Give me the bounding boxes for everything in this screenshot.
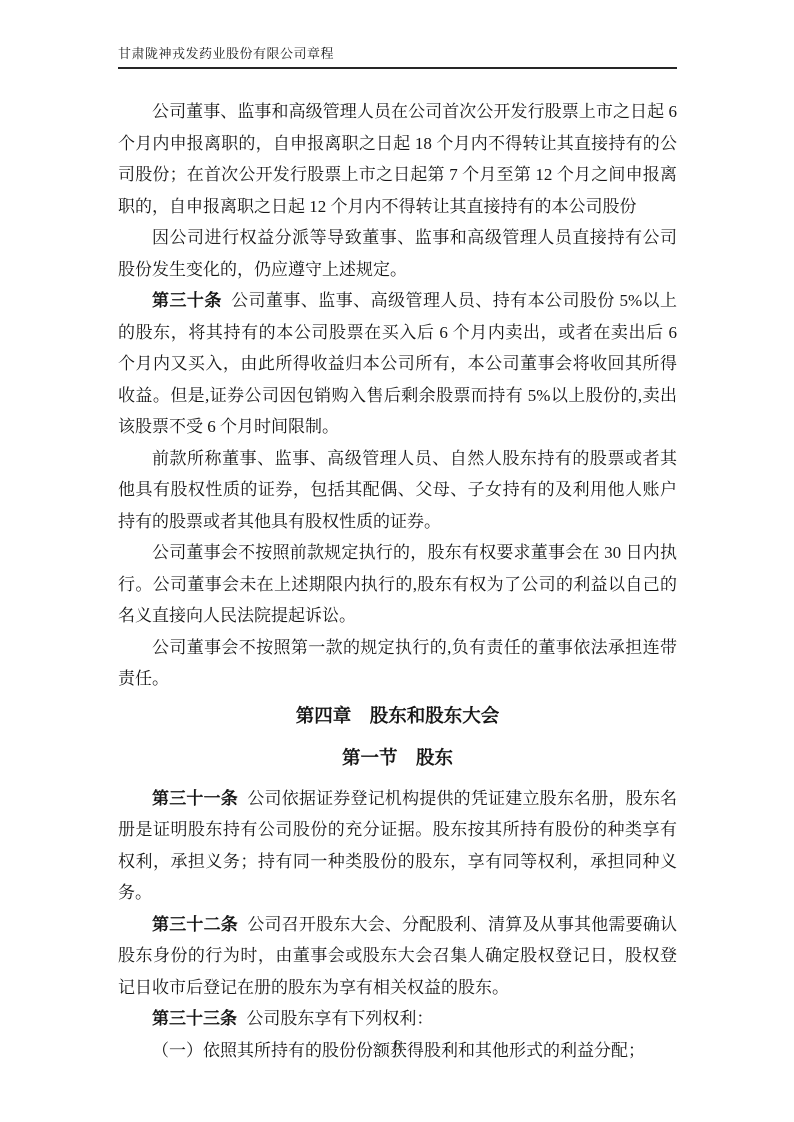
document-page: 甘肃陇神戎发药业股份有限公司章程 公司董事、监事和高级管理人员在公司首次公开发行…: [0, 0, 794, 1122]
article-30-text: 公司董事、监事、高级管理人员、持有本公司股份 5%以上的股东，将其持有的本公司股…: [118, 291, 677, 436]
article-30-paragraph: 第三十条公司董事、监事、高级管理人员、持有本公司股份 5%以上的股东，将其持有的…: [118, 285, 677, 443]
paragraph-joint-liability: 公司董事会不按照第一款的规定执行的,负有责任的董事依法承担连带责任。: [118, 632, 677, 695]
article-32-paragraph: 第三十二条公司召开股东大会、分配股利、清算及从事其他需要确认股东身份的行为时，由…: [118, 909, 677, 1004]
article-31-paragraph: 第三十一条公司依据证券登记机构提供的凭证建立股东名册，股东名册是证明股东持有公司…: [118, 783, 677, 909]
article-33-number: 第三十三条: [152, 1009, 237, 1028]
article-30-number: 第三十条: [152, 291, 222, 310]
page-header: 甘肃陇神戎发药业股份有限公司章程: [118, 0, 677, 69]
page-number: 6: [394, 1038, 401, 1053]
document-body: 公司董事、监事和高级管理人员在公司首次公开发行股票上市之日起 6 个月内申报离职…: [118, 69, 677, 1066]
chapter-4-heading: 第四章 股东和股东大会: [118, 701, 677, 733]
article-31-number: 第三十一条: [152, 789, 238, 808]
paragraph-board-enforcement: 公司董事会不按照前款规定执行的，股东有权要求董事会在 30 日内执行。公司董事会…: [118, 537, 677, 632]
paragraph-securities-scope: 前款所称董事、监事、高级管理人员、自然人股东持有的股票或者其他具有股权性质的证券…: [118, 443, 677, 538]
article-33-text: 公司股东享有下列权利：: [246, 1009, 433, 1028]
article-32-number: 第三十二条: [152, 915, 238, 934]
article-33-paragraph: 第三十三条公司股东享有下列权利：: [118, 1003, 677, 1035]
document-title: 甘肃陇神戎发药业股份有限公司章程: [118, 45, 677, 63]
paragraph-lockup-rule: 公司董事、监事和高级管理人员在公司首次公开发行股票上市之日起 6 个月内申报离职…: [118, 96, 677, 222]
page-footer: 6: [0, 1036, 794, 1056]
section-1-heading: 第一节 股东: [118, 743, 677, 775]
paragraph-equity-distribution: 因公司进行权益分派等导致董事、监事和高级管理人员直接持有公司股份发生变化的，仍应…: [118, 222, 677, 285]
